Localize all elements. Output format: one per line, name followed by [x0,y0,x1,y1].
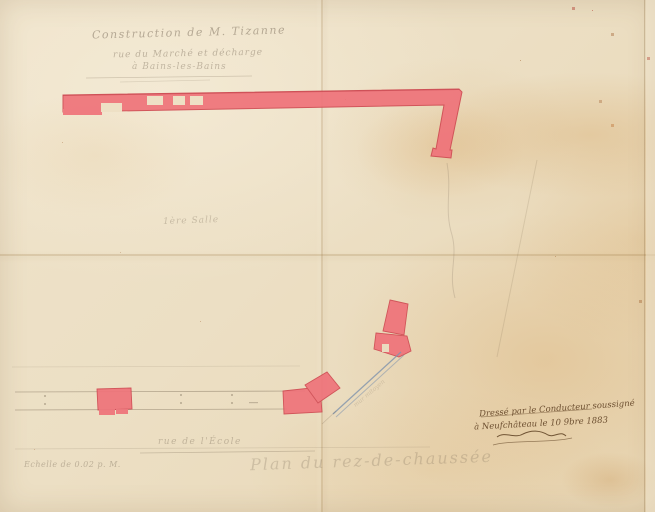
plan-pier-upper [383,300,408,335]
elevation-label: 1ère Salle [163,215,219,227]
drawing-layer [0,0,655,512]
diagonal-pencil-extension [322,411,336,424]
plan-pier-upper-elbow [374,333,411,357]
window-opening [173,96,185,105]
elevation-notch [101,103,122,112]
diagonal-crease [497,160,537,357]
elevation-wall-outline [63,89,462,158]
pencil-scribble [447,163,455,298]
plan-pier-left [97,388,132,410]
survey-tick-dots [44,394,258,405]
window-opening [147,96,163,105]
title-line3: à Bains-les-Bains [132,62,227,72]
window-opening [190,96,203,105]
elevation-red-wall [63,89,462,158]
party-wall-diagonal [333,352,404,417]
plan-pier-gap [382,344,389,352]
title-underline [86,76,252,78]
scanned-plan-sheet: Construction de M. Tizanne rue du Marché… [0,0,655,512]
street-label: rue de l'École [158,437,242,447]
elevation-left-plinth [63,109,102,115]
scale-note: Échelle de 0.02 p. M. [24,460,121,469]
